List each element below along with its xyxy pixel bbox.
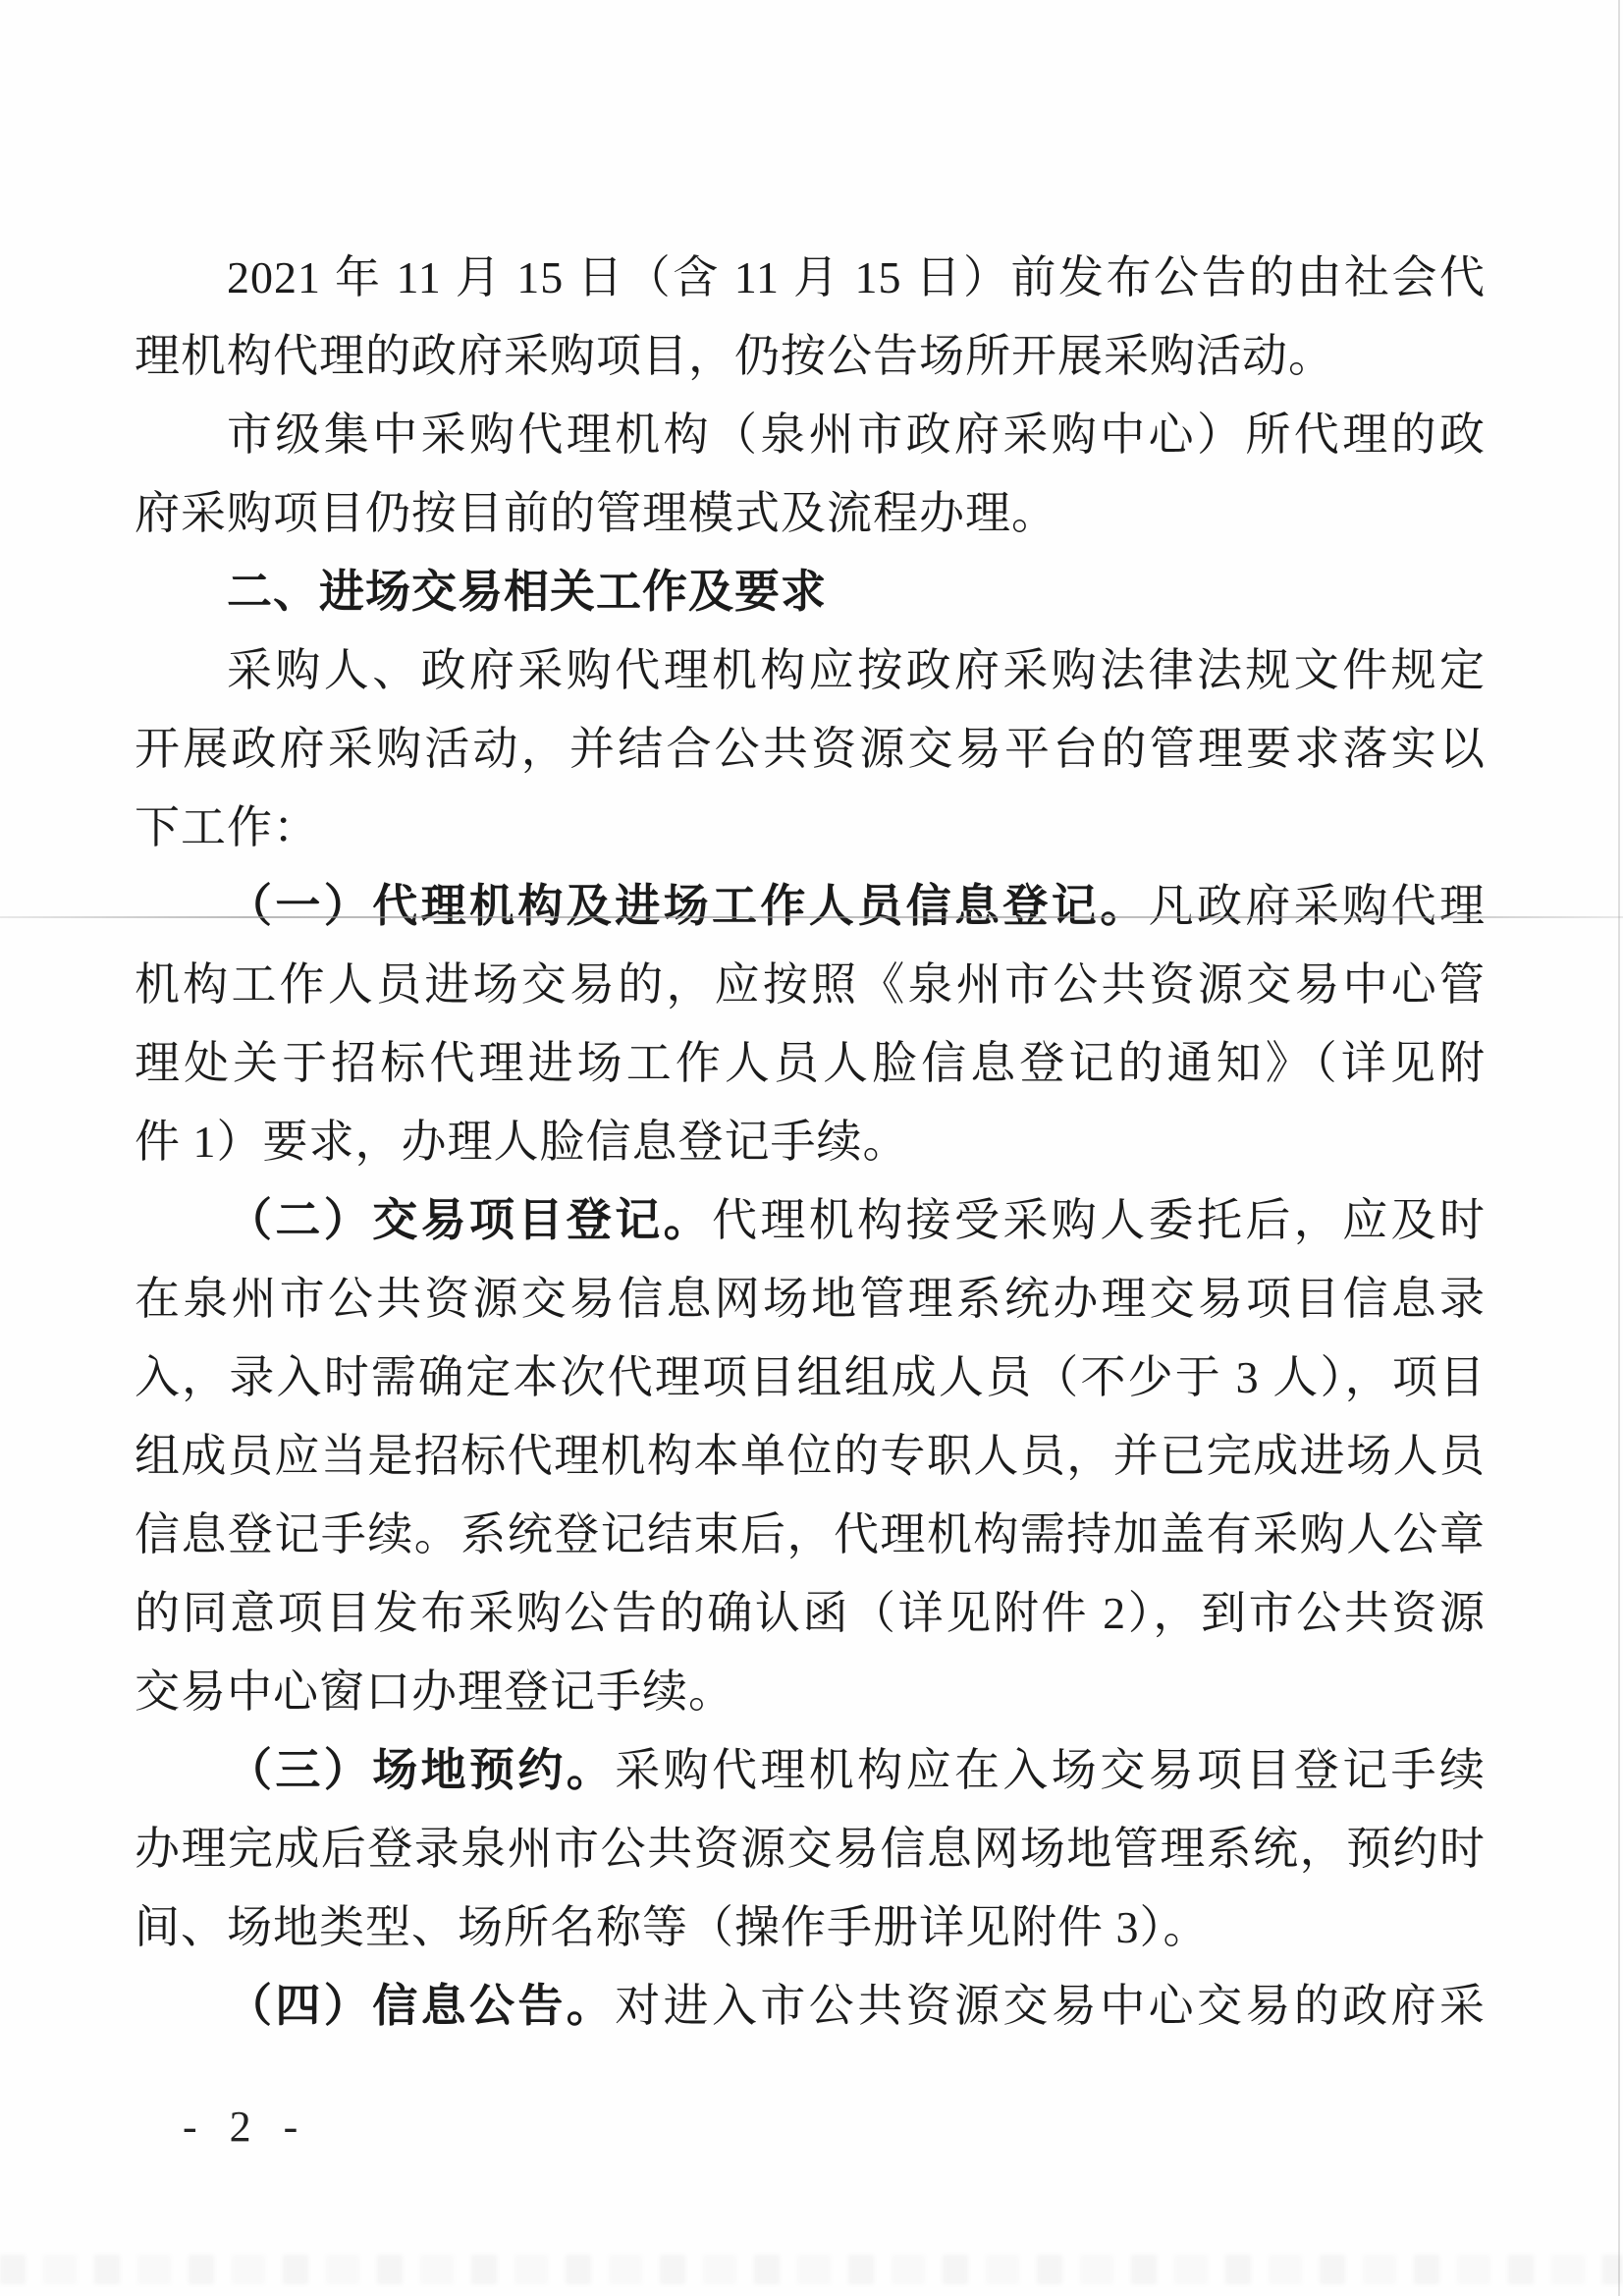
text-line-regular: 采购代理机构应在入场交易项目登记手续 — [615, 1745, 1486, 1795]
text-line-bold: （三）场地预约。 — [227, 1745, 615, 1795]
text-line-regular: 采购人、政府采购代理机构应按政府采购法律法规文件规定 — [227, 645, 1486, 695]
text-line: 机构工作人员进场交易的，应按照《泉州市公共资源交易中心管 — [135, 946, 1486, 1024]
text-line: 件 1）要求，办理人脸信息登记手续。 — [135, 1103, 1486, 1181]
section-heading-text: 二、进场交易相关工作及要求 — [227, 567, 827, 617]
text-line-regular: 代理机构接受采购人委托后，应及时 — [712, 1195, 1486, 1245]
text-line-regular: 对进入市公共资源交易中心交易的政府采 — [615, 1981, 1486, 2031]
text-line-bold: （一）代理机构及进场工作人员信息登记。 — [227, 881, 1149, 931]
section-heading: 二、进场交易相关工作及要求 — [135, 553, 1486, 631]
text-line: 的同意项目发布采购公告的确认函（详见附件 2），到市公共资源 — [135, 1574, 1486, 1653]
text-line: 开展政府采购活动，并结合公共资源交易平台的管理要求落实以 — [135, 710, 1486, 789]
page-number: - 2 - — [183, 2102, 301, 2152]
text-line-bold: （二）交易项目登记。 — [227, 1195, 712, 1245]
text-line: 采购人、政府采购代理机构应按政府采购法律法规文件规定 — [135, 631, 1486, 710]
text-line-bold: （四）信息公告。 — [227, 1981, 615, 2031]
text-line-regular: 办理完成后登录泉州市公共资源交易信息网场地管理系统，预约时 — [135, 1824, 1486, 1874]
text-line-regular: 府采购项目仍按目前的管理模式及流程办理。 — [135, 488, 1057, 538]
text-line-regular: 理处关于招标代理进场工作人员人脸信息登记的通知》（详见附 — [135, 1038, 1486, 1088]
text-line: （三）场地预约。采购代理机构应在入场交易项目登记手续 — [135, 1731, 1486, 1810]
text-line-regular: 2021 年 11 月 15 日（含 11 月 15 日）前发布公告的由社会代 — [227, 252, 1486, 302]
text-line: 间、场地类型、场所名称等（操作手册详见附件 3）。 — [135, 1888, 1486, 1967]
text-line: （一）代理机构及进场工作人员信息登记。凡政府采购代理 — [135, 867, 1486, 946]
text-line: 2021 年 11 月 15 日（含 11 月 15 日）前发布公告的由社会代 — [135, 239, 1486, 317]
text-line-regular: 件 1）要求，办理人脸信息登记手续。 — [135, 1117, 909, 1167]
scan-edge-line — [1618, 0, 1620, 2296]
text-line-regular: 入，录入时需确定本次代理项目组组成人员（不少于 3 人），项目 — [135, 1352, 1486, 1402]
text-line-regular: 间、场地类型、场所名称等（操作手册详见附件 3）。 — [135, 1902, 1210, 1952]
scan-seam-line — [0, 916, 1623, 918]
text-line-regular: 理机构代理的政府采购项目，仍按公告场所开展采购活动。 — [135, 331, 1334, 381]
text-line: （四）信息公告。对进入市公共资源交易中心交易的政府采 — [135, 1967, 1486, 2046]
text-line: 交易中心窗口办理登记手续。 — [135, 1653, 1486, 1731]
text-line-regular: 组成员应当是招标代理机构本单位的专职人员，并已完成进场人员 — [135, 1431, 1486, 1481]
text-line: 理机构代理的政府采购项目，仍按公告场所开展采购活动。 — [135, 317, 1486, 396]
text-line: 在泉州市公共资源交易信息网场地管理系统办理交易项目信息录 — [135, 1260, 1486, 1339]
text-line: 府采购项目仍按目前的管理模式及流程办理。 — [135, 474, 1486, 553]
text-line: 理处关于招标代理进场工作人员人脸信息登记的通知》（详见附 — [135, 1024, 1486, 1103]
scanned-document-page: 2021 年 11 月 15 日（含 11 月 15 日）前发布公告的由社会代 … — [0, 0, 1623, 2296]
text-line: 下工作： — [135, 789, 1486, 867]
text-line-regular: 的同意项目发布采购公告的确认函（详见附件 2），到市公共资源 — [135, 1588, 1486, 1638]
text-line-regular: 信息登记手续。系统登记结束后，代理机构需持加盖有采购人公章 — [135, 1509, 1486, 1559]
text-line: 信息登记手续。系统登记结束后，代理机构需持加盖有采购人公章 — [135, 1496, 1486, 1574]
text-line: 办理完成后登录泉州市公共资源交易信息网场地管理系统，预约时 — [135, 1810, 1486, 1888]
text-line-regular: 交易中心窗口办理登记手续。 — [135, 1667, 734, 1717]
document-body: 2021 年 11 月 15 日（含 11 月 15 日）前发布公告的由社会代 … — [135, 239, 1486, 2046]
text-line-regular: 开展政府采购活动，并结合公共资源交易平台的管理要求落实以 — [135, 724, 1486, 774]
text-line: 组成员应当是招标代理机构本单位的专职人员，并已完成进场人员 — [135, 1417, 1486, 1496]
text-line-regular: 机构工作人员进场交易的，应按照《泉州市公共资源交易中心管 — [135, 959, 1486, 1010]
scan-bleedthrough-band — [0, 2255, 1623, 2284]
text-line: 市级集中采购代理机构（泉州市政府采购中心）所代理的政 — [135, 396, 1486, 474]
text-line: 入，录入时需确定本次代理项目组组成人员（不少于 3 人），项目 — [135, 1339, 1486, 1417]
text-line: （二）交易项目登记。代理机构接受采购人委托后，应及时 — [135, 1181, 1486, 1260]
text-line-regular: 在泉州市公共资源交易信息网场地管理系统办理交易项目信息录 — [135, 1274, 1486, 1324]
text-line-regular: 凡政府采购代理 — [1149, 881, 1486, 931]
text-line-regular: 下工作： — [135, 802, 319, 852]
text-line-regular: 市级集中采购代理机构（泉州市政府采购中心）所代理的政 — [227, 410, 1486, 460]
